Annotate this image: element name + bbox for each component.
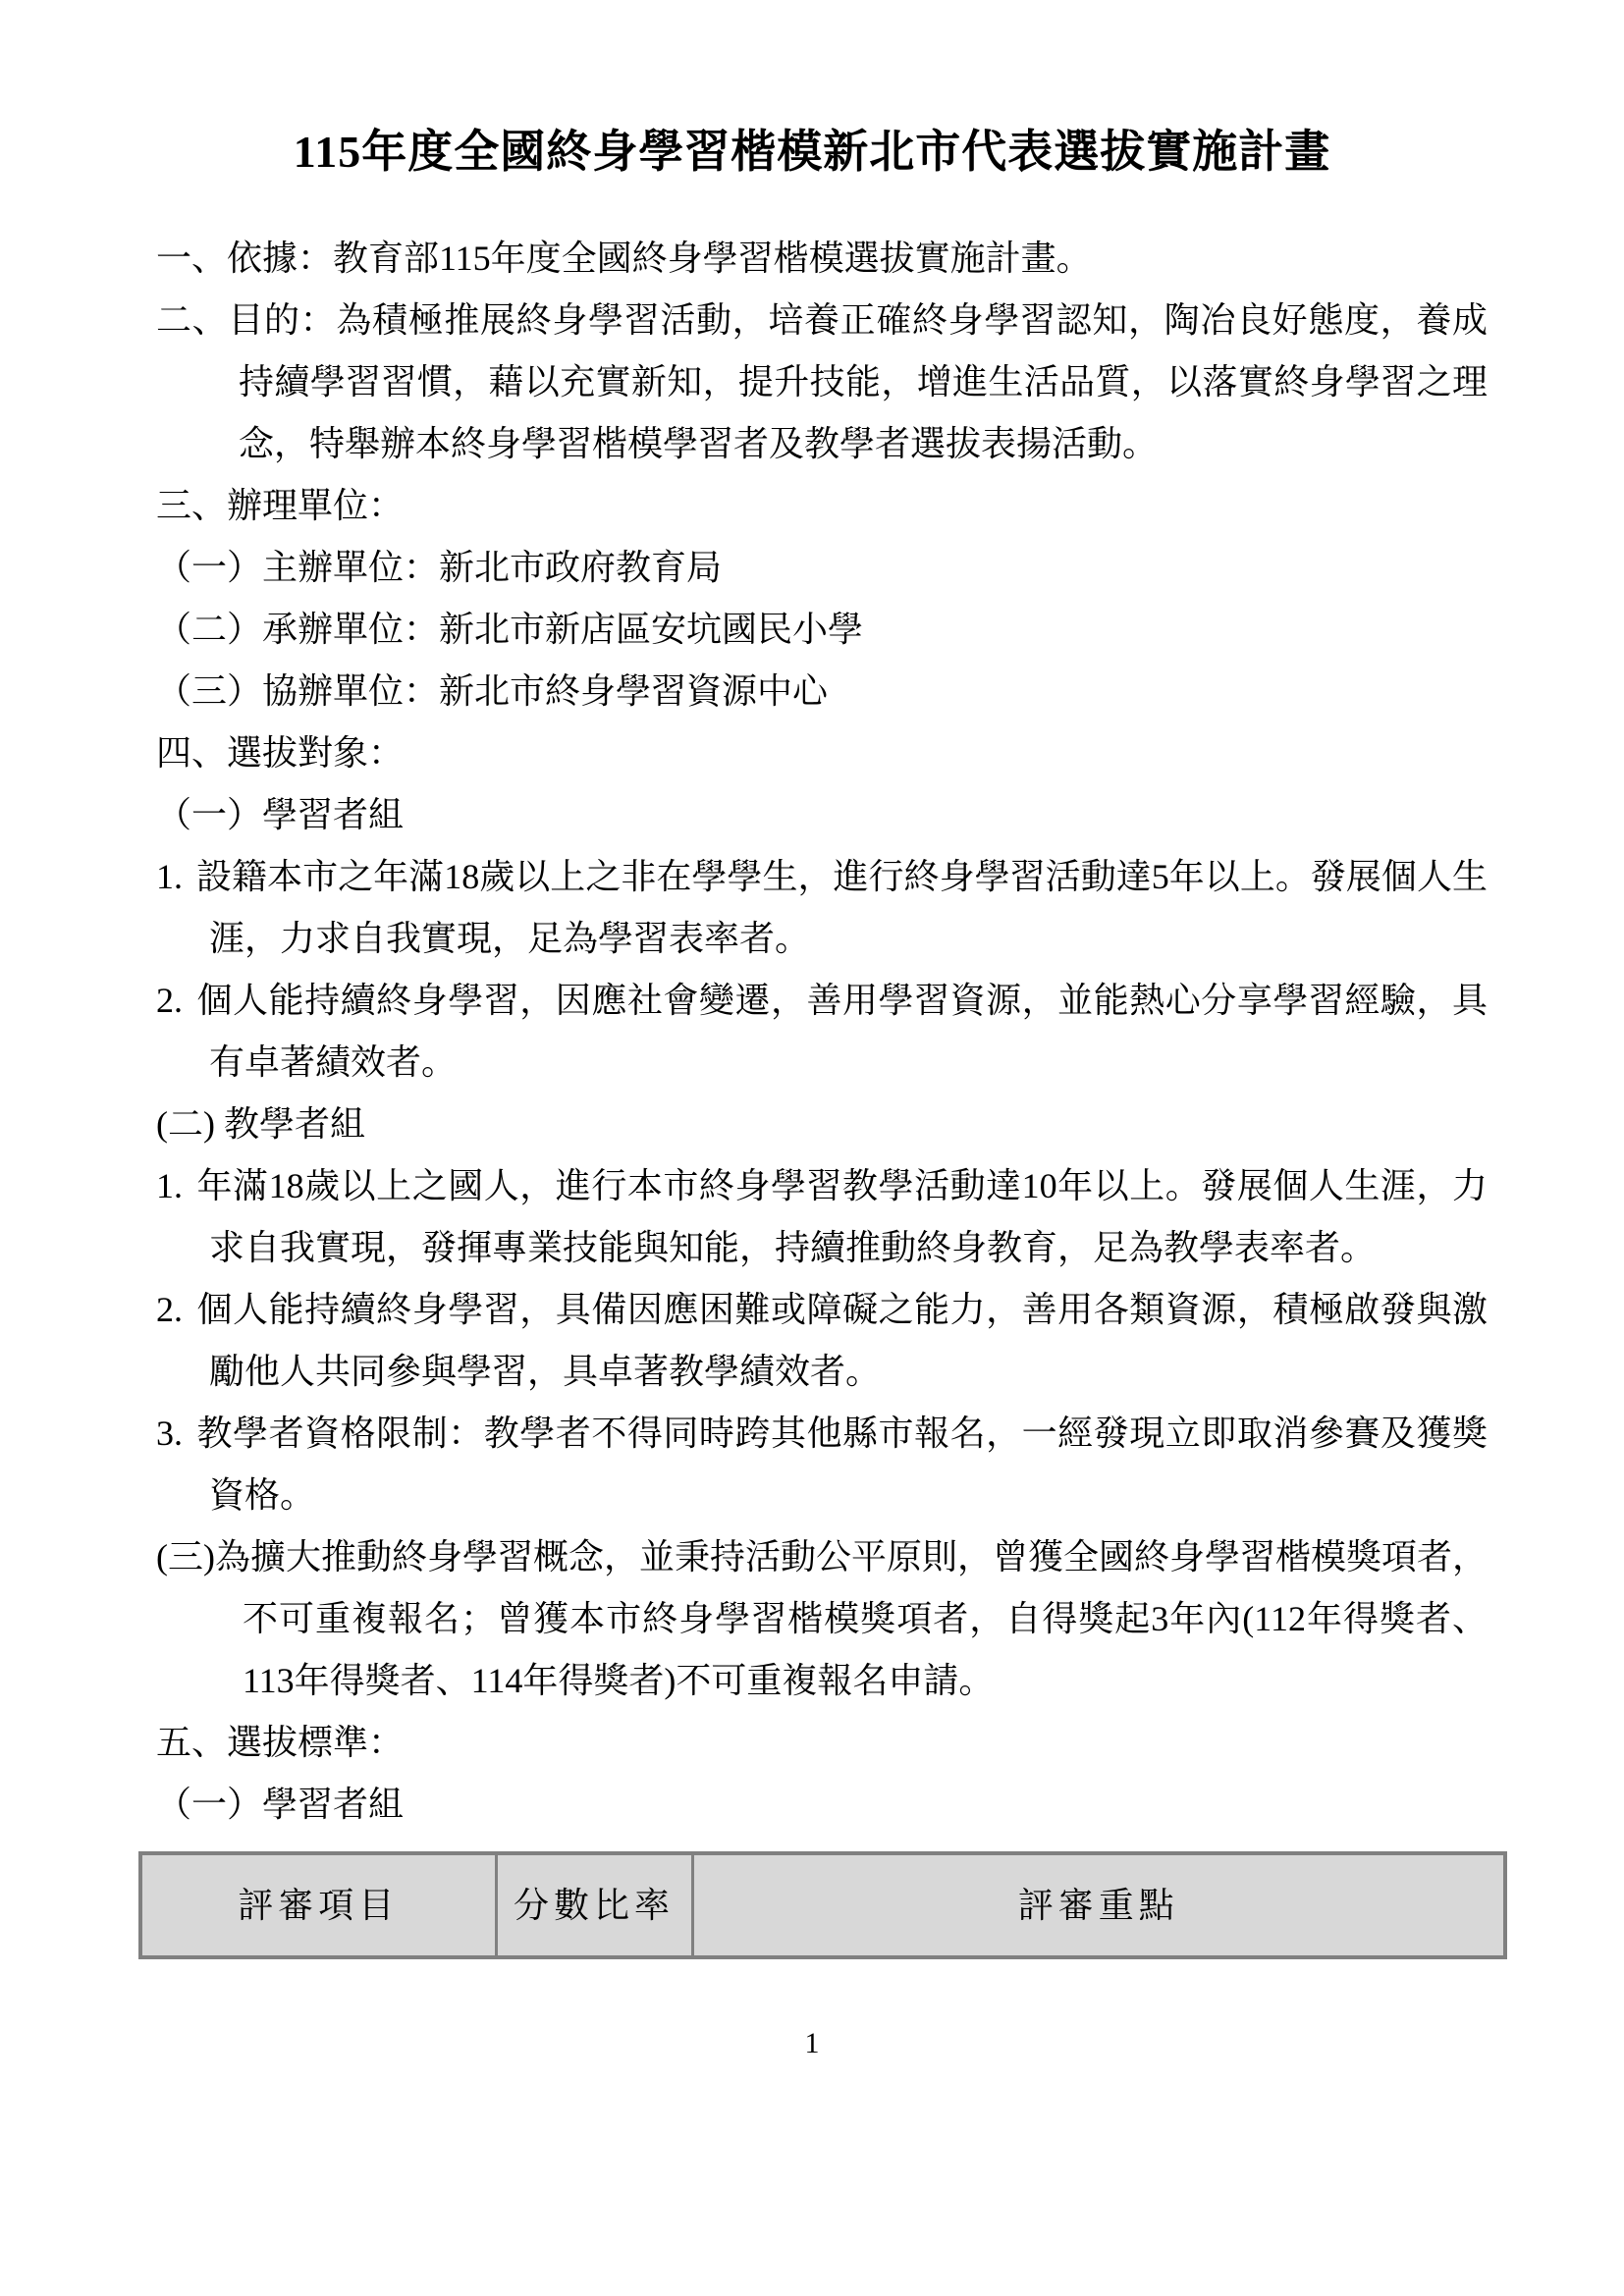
learner-item-2: 2.個人能持續終身學習，因應社會變遷，善用學習資源，並能熱心分享學習經驗，具有卓… (156, 970, 1488, 1094)
teacher-group-heading: (二) 教學者組 (156, 1094, 1488, 1155)
learner-item-1: 1.設籍本市之年滿18歲以上之非在學學生，進行終身學習活動達5年以上。發展個人生… (156, 846, 1488, 970)
section-targets-heading: 四、選拔對象： (156, 722, 1488, 784)
section-organizers-heading: 三、辦理單位： (156, 475, 1488, 537)
teacher-item-2-text: 個人能持續終身學習，具備因應困難或障礙之能力，善用各類資源，積極啟發與激勵他人共… (196, 1290, 1488, 1391)
teacher-item-3: 3.教學者資格限制：教學者不得同時跨其他縣市報名，一經發現立即取消參賽及獲獎資格… (156, 1403, 1488, 1526)
section-targets-text: 選拔對象： (227, 733, 404, 773)
learner-item-2-number: 2. (156, 981, 183, 1020)
teacher-item-2: 2.個人能持續終身學習，具備因應困難或障礙之能力，善用各類資源，積極啟發與激勵他… (156, 1279, 1488, 1403)
learner-item-1-number: 1. (156, 857, 183, 896)
teacher-item-2-number: 2. (156, 1290, 183, 1329)
section-organizers-text: 辦理單位： (227, 486, 404, 525)
section-targets-label: 四、 (156, 733, 227, 773)
section-purpose: 二、目的：為積極推展終身學習活動，培養正確終身學習認知，陶冶良好態度，養成持續學… (156, 290, 1488, 475)
teacher-item-3-text: 教學者資格限制：教學者不得同時跨其他縣市報名，一經發現立即取消參賽及獲獎資格。 (196, 1414, 1488, 1515)
learner-item-1-text: 設籍本市之年滿18歲以上之非在學學生，進行終身學習活動達5年以上。發展個人生涯，… (196, 857, 1488, 958)
teacher-item-1-number: 1. (156, 1166, 183, 1205)
teacher-item-1-text: 年滿18歲以上之國人，進行本市終身學習教學活動達10年以上。發展個人生涯，力求自… (196, 1166, 1488, 1267)
learner-group-heading: （一）學習者組 (156, 784, 1488, 846)
learner-item-2-text: 個人能持續終身學習，因應社會變遷，善用學習資源，並能熱心分享學習經驗，具有卓著績… (196, 981, 1488, 1082)
section-organizers-label: 三、 (156, 486, 227, 525)
section-purpose-text: 目的：為積極推展終身學習活動，培養正確終身學習認知，陶冶良好態度，養成持續學習習… (228, 300, 1488, 463)
organizer-coorganizer: （三）協辦單位：新北市終身學習資源中心 (156, 661, 1488, 722)
document-page: 115年度全國終身學習楷模新北市代表選拔實施計畫 一、依據：教育部115年度全國… (0, 0, 1624, 2296)
organizer-host: （一）主辦單位：新北市政府教育局 (156, 537, 1488, 599)
criteria-learner-group-heading: （一）學習者組 (156, 1774, 1488, 1836)
section-purpose-label: 二、 (156, 300, 228, 340)
document-title: 115年度全國終身學習楷模新北市代表選拔實施計畫 (0, 118, 1624, 187)
criteria-table-header-row: 評審項目 分數比率 評審重點 (140, 1853, 1505, 1957)
document-body: 一、依據：教育部115年度全國終身學習楷模選拔實施計畫。 二、目的：為積極推展終… (156, 228, 1488, 1959)
teacher-item-1: 1.年滿18歲以上之國人，進行本市終身學習教學活動達10年以上。發展個人生涯，力… (156, 1155, 1488, 1279)
criteria-table-header-focus: 評審重點 (692, 1853, 1505, 1957)
section-criteria-heading: 五、選拔標準： (156, 1712, 1488, 1774)
criteria-table-header-item: 評審項目 (140, 1853, 496, 1957)
teacher-item-3-number: 3. (156, 1414, 183, 1453)
section-basis-text: 依據：教育部115年度全國終身學習楷模選拔實施計畫。 (227, 239, 1092, 278)
section-criteria-text: 選拔標準： (227, 1723, 404, 1762)
criteria-table: 評審項目 分數比率 評審重點 (138, 1851, 1507, 1959)
restriction-clause: (三)為擴大推動終身學習概念，並秉持活動公平原則，曾獲全國終身學習楷模獎項者，不… (156, 1526, 1488, 1712)
organizer-undertaker: （二）承辦單位：新北市新店區安坑國民小學 (156, 599, 1488, 661)
section-basis: 一、依據：教育部115年度全國終身學習楷模選拔實施計畫。 (156, 228, 1488, 290)
page-number: 1 (0, 2024, 1624, 2063)
criteria-table-header-ratio: 分數比率 (496, 1853, 692, 1957)
section-basis-label: 一、 (156, 239, 227, 278)
section-criteria-label: 五、 (156, 1723, 227, 1762)
